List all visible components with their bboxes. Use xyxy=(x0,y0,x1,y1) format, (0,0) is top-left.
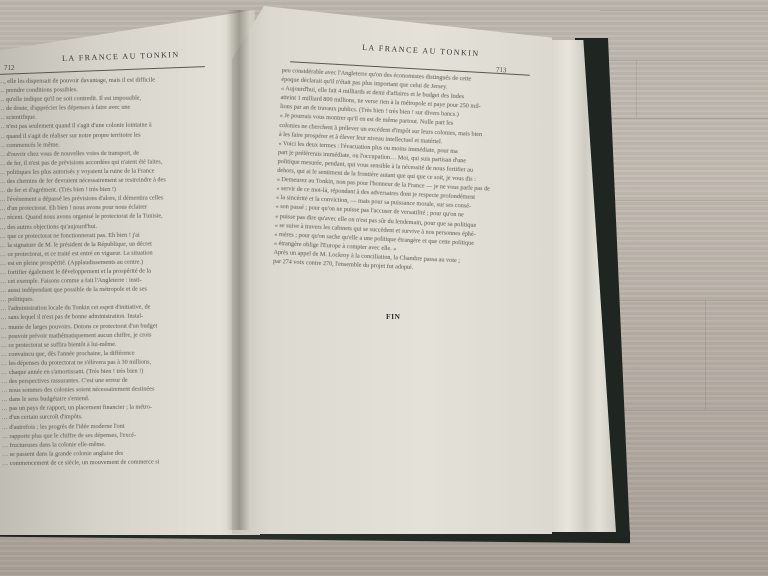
left-page-number: 712 xyxy=(4,64,15,72)
left-page-text: …, elle les dispensait de pouvoir davant… xyxy=(0,75,214,468)
open-book: 712 LA FRANCE AU TONKIN …, elle les disp… xyxy=(0,0,768,576)
book-gutter xyxy=(226,10,250,530)
right-page-text: peu considérable avec l'Angleterre qu'on… xyxy=(273,66,534,277)
end-marker-fin: FIN xyxy=(386,312,400,321)
